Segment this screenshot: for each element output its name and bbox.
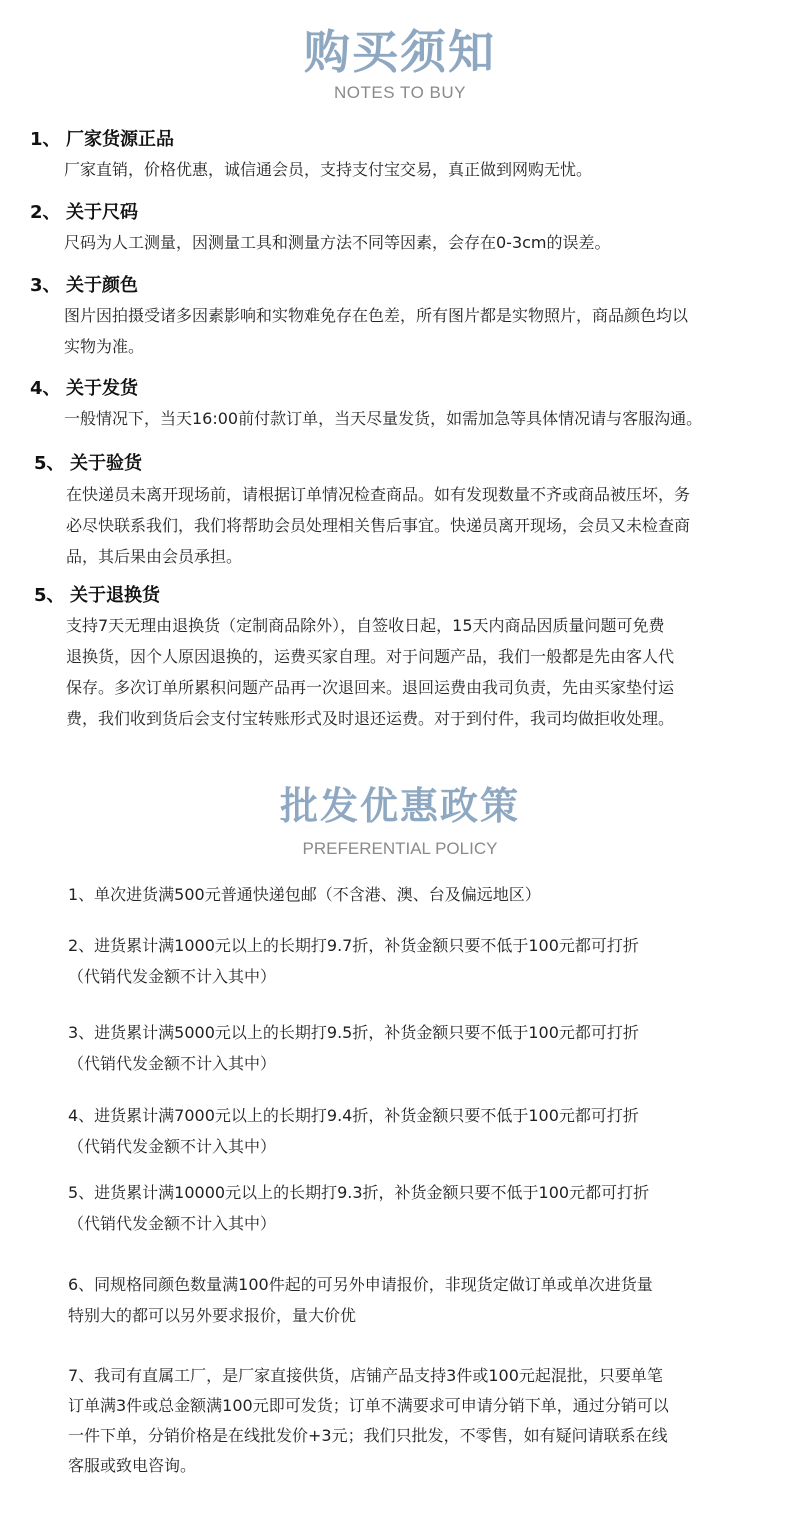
note-body: 厂家直销，价格优惠，诚信通会员，支持支付宝交易，真正做到网购无忧。 <box>64 154 774 185</box>
note-body: 图片因拍摄受诸多因素影响和实物难免存在色差，所有图片都是实物照片，商品颜色均以 … <box>64 300 774 362</box>
note-line: 实物为准。 <box>64 331 774 362</box>
note-line: 退换货，因个人原因退换的，运费买家自理。对于问题产品，我们一般都是先由客人代 <box>66 641 776 672</box>
note-line: 支持7天无理由退换货（定制商品除外），自签收日起，15天内商品因质量问题可免费 <box>66 610 776 641</box>
note-line: 图片因拍摄受诸多因素影响和实物难免存在色差，所有图片都是实物照片，商品颜色均以 <box>64 300 774 331</box>
policy-line: 客服或致电咨询。 <box>68 1451 196 1481</box>
note-line: 品，其后果由会员承担。 <box>66 541 776 572</box>
policy-line: （代销代发金额不计入其中） <box>68 962 276 992</box>
policy-line: 5、进货累计满10000元以上的长期打9.3折，补货金额只要不低于100元都可打… <box>68 1178 649 1208</box>
note-heading: 关于尺码 <box>66 202 138 223</box>
notes-title-en: NOTES TO BUY <box>0 83 800 103</box>
policy-line: 4、进货累计满7000元以上的长期打9.4折，补货金额只要不低于100元都可打折 <box>68 1101 639 1131</box>
policy-line: 3、进货累计满5000元以上的长期打9.5折，补货金额只要不低于100元都可打折 <box>68 1018 639 1048</box>
policy-title-cn: 批发优惠政策 <box>0 782 800 830</box>
note-body: 支持7天无理由退换货（定制商品除外），自签收日起，15天内商品因质量问题可免费 … <box>66 610 776 734</box>
policy-line: （代销代发金额不计入其中） <box>68 1132 276 1162</box>
policy-line: （代销代发金额不计入其中） <box>68 1209 276 1239</box>
note-line: 尺码为人工测量，因测量工具和测量方法不同等因素，会存在0-3cm的误差。 <box>64 227 774 258</box>
policy-line: 特别大的都可以另外要求报价，量大价优 <box>68 1301 356 1331</box>
note-number: 1、 <box>30 128 66 152</box>
policy-line: 7、我司有直属工厂，是厂家直接供货，店铺产品支持3件或100元起混批，只要单笔 <box>68 1361 663 1391</box>
note-number: 2、 <box>30 201 66 225</box>
notes-title-cn: 购买须知 <box>0 24 800 80</box>
note-heading: 关于验货 <box>70 453 142 474</box>
policy-title-en: PREFERENTIAL POLICY <box>0 839 800 859</box>
note-heading: 关于发货 <box>66 378 138 399</box>
note-body: 尺码为人工测量，因测量工具和测量方法不同等因素，会存在0-3cm的误差。 <box>64 227 774 258</box>
policy-line: （代销代发金额不计入其中） <box>68 1049 276 1079</box>
note-heading: 关于退换货 <box>70 585 160 606</box>
note-line: 保存。多次订单所累积问题产品再一次退回来。退回运费由我司负责，先由买家垫付运 <box>66 672 776 703</box>
note-body: 在快递员未离开现场前，请根据订单情况检查商品。如有发现数量不齐或商品被压坏，务 … <box>66 479 776 572</box>
note-number: 5、 <box>34 452 70 476</box>
note-line: 费，我们收到货后会支付宝转账形式及时退还运费。对于到付件，我司均做拒收处理。 <box>66 703 776 734</box>
note-number: 3、 <box>30 274 66 298</box>
note-line: 一般情况下，当天16:00前付款订单，当天尽量发货，如需加急等具体情况请与客服沟… <box>64 403 774 434</box>
note-heading: 关于颜色 <box>66 275 138 296</box>
note-number: 4、 <box>30 377 66 401</box>
policy-line: 6、同规格同颜色数量满100件起的可另外申请报价，非现货定做订单或单次进货量 <box>68 1270 653 1300</box>
policy-line: 订单满3件或总金额满100元即可发货；订单不满要求可申请分销下单，通过分销可以 <box>68 1391 669 1421</box>
policy-line: 2、进货累计满1000元以上的长期打9.7折，补货金额只要不低于100元都可打折 <box>68 931 639 961</box>
note-number: 5、 <box>34 584 70 608</box>
note-line: 厂家直销，价格优惠，诚信通会员，支持支付宝交易，真正做到网购无忧。 <box>64 154 774 185</box>
policy-line: 一件下单，分销价格是在线批发价+3元；我们只批发，不零售，如有疑问请联系在线 <box>68 1421 668 1451</box>
note-line: 在快递员未离开现场前，请根据订单情况检查商品。如有发现数量不齐或商品被压坏，务 <box>66 479 776 510</box>
note-line: 必尽快联系我们，我们将帮助会员处理相关售后事宜。快递员离开现场，会员又未检查商 <box>66 510 776 541</box>
policy-line: 1、单次进货满500元普通快递包邮（不含港、澳、台及偏远地区） <box>68 880 541 910</box>
note-body: 一般情况下，当天16:00前付款订单，当天尽量发货，如需加急等具体情况请与客服沟… <box>64 403 774 434</box>
note-heading: 厂家货源正品 <box>66 129 174 150</box>
